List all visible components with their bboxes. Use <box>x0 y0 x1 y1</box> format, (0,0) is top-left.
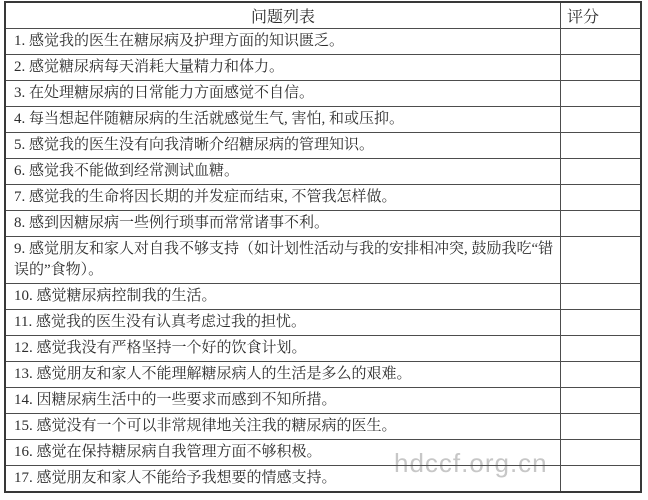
question-cell: 2. 感觉糖尿病每天消耗大量精力和体力。 <box>5 55 561 81</box>
question-cell: 1. 感觉我的医生在糖尿病及护理方面的知识匮乏。 <box>5 29 561 55</box>
question-cell: 5. 感觉我的医生没有向我清晰介绍糖尿病的管理知识。 <box>5 133 561 159</box>
score-cell <box>561 237 642 284</box>
table-row: 8. 感到因糖尿病一些例行琐事而常常诸事不利。 <box>5 211 641 237</box>
table-row: 12. 感觉我没有严格坚持一个好的饮食计划。 <box>5 336 641 362</box>
score-cell <box>561 414 642 440</box>
table-row: 5. 感觉我的医生没有向我清晰介绍糖尿病的管理知识。 <box>5 133 641 159</box>
table-row: 7. 感觉我的生命将因长期的并发症而结束, 不管我怎样做。 <box>5 185 641 211</box>
question-cell: 10. 感觉糖尿病控制我的生活。 <box>5 284 561 310</box>
score-cell <box>561 159 642 185</box>
score-cell <box>561 466 642 493</box>
table-row: 4. 每当想起伴随糖尿病的生活就感觉生气, 害怕, 和或压抑。 <box>5 107 641 133</box>
table-row: 2. 感觉糖尿病每天消耗大量精力和体力。 <box>5 55 641 81</box>
table-row: 16. 感觉在保持糖尿病自我管理方面不够积极。 <box>5 440 641 466</box>
table-row: 6. 感觉我不能做到经常测试血糖。 <box>5 159 641 185</box>
score-cell <box>561 55 642 81</box>
table-row: 9. 感觉朋友和家人对自我不够支持（如计划性活动与我的安排相冲突, 鼓励我吃“错… <box>5 237 641 284</box>
table-header-row: 问题列表 评分 <box>5 2 641 29</box>
question-cell: 13. 感觉朋友和家人不能理解糖尿病人的生活是多么的艰难。 <box>5 362 561 388</box>
question-cell: 11. 感觉我的医生没有认真考虑过我的担忧。 <box>5 310 561 336</box>
table-row: 13. 感觉朋友和家人不能理解糖尿病人的生活是多么的艰难。 <box>5 362 641 388</box>
questionnaire-table: 问题列表 评分 1. 感觉我的医生在糖尿病及护理方面的知识匮乏。 2. 感觉糖尿… <box>4 1 642 493</box>
table-row: 1. 感觉我的医生在糖尿病及护理方面的知识匮乏。 <box>5 29 641 55</box>
question-cell: 7. 感觉我的生命将因长期的并发症而结束, 不管我怎样做。 <box>5 185 561 211</box>
question-column-header: 问题列表 <box>5 2 561 29</box>
score-cell <box>561 133 642 159</box>
table-body: 1. 感觉我的医生在糖尿病及护理方面的知识匮乏。 2. 感觉糖尿病每天消耗大量精… <box>5 29 641 493</box>
table-row: 14. 因糖尿病生活中的一些要求而感到不知所措。 <box>5 388 641 414</box>
score-cell <box>561 440 642 466</box>
question-cell: 15. 感觉没有一个可以非常规律地关注我的糖尿病的医生。 <box>5 414 561 440</box>
score-cell <box>561 362 642 388</box>
question-cell: 3. 在处理糖尿病的日常能力方面感觉不自信。 <box>5 81 561 107</box>
question-cell: 14. 因糖尿病生活中的一些要求而感到不知所措。 <box>5 388 561 414</box>
question-cell: 4. 每当想起伴随糖尿病的生活就感觉生气, 害怕, 和或压抑。 <box>5 107 561 133</box>
table-row: 10. 感觉糖尿病控制我的生活。 <box>5 284 641 310</box>
score-cell <box>561 29 642 55</box>
score-cell <box>561 284 642 310</box>
score-cell <box>561 81 642 107</box>
question-cell: 16. 感觉在保持糖尿病自我管理方面不够积极。 <box>5 440 561 466</box>
table-row: 11. 感觉我的医生没有认真考虑过我的担忧。 <box>5 310 641 336</box>
question-cell: 12. 感觉我没有严格坚持一个好的饮食计划。 <box>5 336 561 362</box>
table-head: 问题列表 评分 <box>5 2 641 29</box>
question-cell: 6. 感觉我不能做到经常测试血糖。 <box>5 159 561 185</box>
question-cell: 8. 感到因糖尿病一些例行琐事而常常诸事不利。 <box>5 211 561 237</box>
question-cell: 17. 感觉朋友和家人不能给予我想要的情感支持。 <box>5 466 561 493</box>
score-cell <box>561 107 642 133</box>
score-cell <box>561 336 642 362</box>
question-cell: 9. 感觉朋友和家人对自我不够支持（如计划性活动与我的安排相冲突, 鼓励我吃“错… <box>5 237 561 284</box>
score-cell <box>561 310 642 336</box>
score-cell <box>561 185 642 211</box>
table-row: 3. 在处理糖尿病的日常能力方面感觉不自信。 <box>5 81 641 107</box>
score-cell <box>561 211 642 237</box>
table-row: 15. 感觉没有一个可以非常规律地关注我的糖尿病的医生。 <box>5 414 641 440</box>
table-row: 17. 感觉朋友和家人不能给予我想要的情感支持。 <box>5 466 641 493</box>
score-column-header: 评分 <box>561 2 642 29</box>
score-cell <box>561 388 642 414</box>
